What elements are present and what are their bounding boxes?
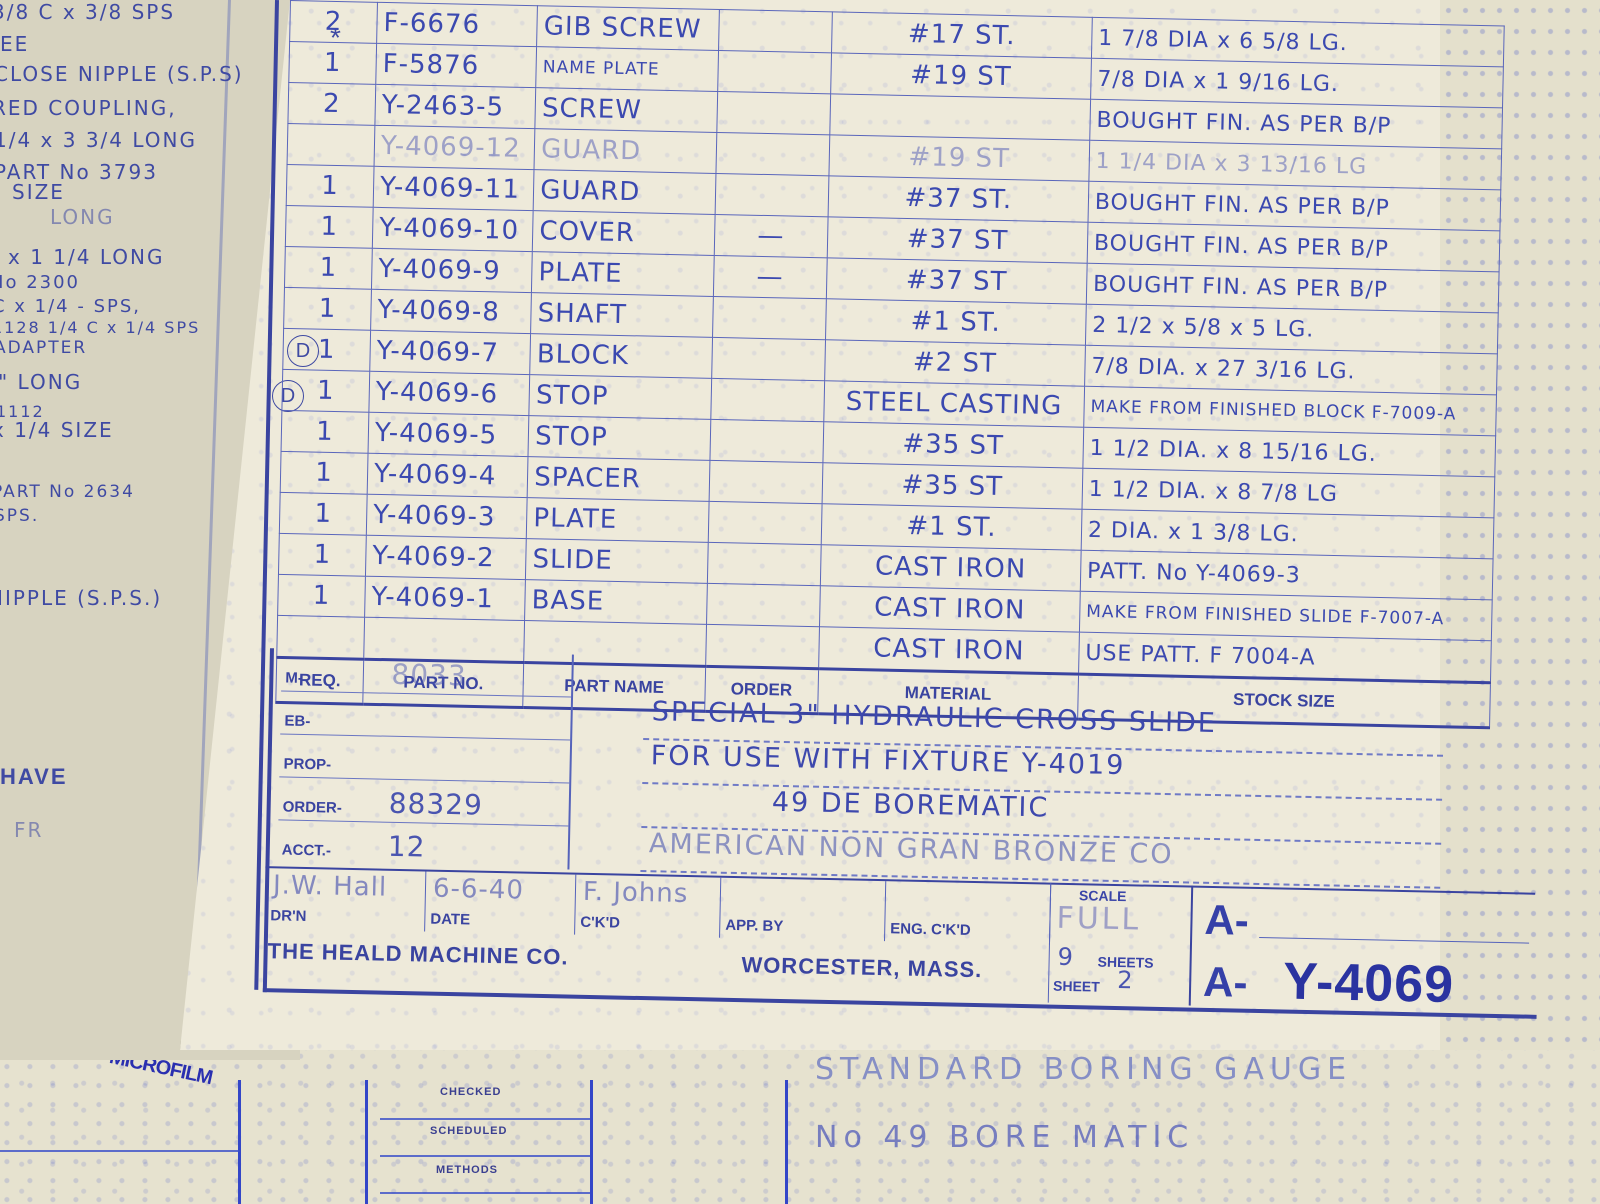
- drawn-by-cell: J.W. HallDR'N: [264, 868, 426, 931]
- grid-line: [380, 1118, 590, 1120]
- left-note: ADAPTER: [0, 338, 87, 358]
- cell-part-no: Y-4069-9: [371, 248, 532, 292]
- cell-material: #1 ST.: [821, 504, 1082, 550]
- cell-part-name: GUARD: [534, 129, 716, 174]
- cell-part-name: SHAFT: [531, 293, 713, 338]
- cell-req: 1: [278, 533, 366, 576]
- title-block: M-8033 EB- PROP- ORDER-88329 ACCT.-12 SP…: [253, 648, 1540, 1020]
- cell-part-name: GUARD: [533, 170, 715, 215]
- checked-cell: F. JohnsC'K'D: [574, 875, 721, 938]
- cell-part-name: PLATE: [532, 252, 714, 297]
- approved-by-cell: APP. BY: [719, 878, 886, 941]
- cell-part-name: STOP: [529, 375, 711, 420]
- cell-part-no: Y-4069-6: [369, 371, 530, 415]
- cell-req: 1: [282, 369, 370, 412]
- cell-req: 1: [284, 246, 372, 289]
- left-note: 1/4 x 3 3/4 LONG: [0, 128, 197, 152]
- cell-part-no: Y-4069-8: [371, 289, 532, 333]
- left-note: SPS.: [0, 506, 39, 526]
- cell-material: CAST IRON: [820, 545, 1081, 591]
- eng-checked-cell: ENG. C'K'D: [884, 881, 1051, 944]
- cell-material: #37 ST.: [828, 176, 1089, 222]
- cell-req: 1: [285, 205, 373, 248]
- methods-label: METHODS: [436, 1164, 498, 1176]
- company-city: WORCESTER, MASS.: [741, 952, 982, 983]
- cell-order: [716, 91, 830, 134]
- left-note: C x 1/4 - SPS,: [0, 296, 141, 317]
- sheet-label: SHEET: [1053, 978, 1100, 995]
- under-sheet-model: No 49 BORE MATIC: [815, 1120, 1194, 1155]
- grid-line: [785, 1080, 788, 1204]
- date-cell: 6-6-40DATE: [424, 872, 576, 935]
- cell-part-name: PLATE: [527, 498, 709, 543]
- cell-req: 1: [283, 328, 371, 371]
- grid-line: [365, 1080, 368, 1204]
- cell-part-name: BASE: [525, 580, 707, 625]
- left-note: 3/8 C x 3/8 SPS: [0, 0, 175, 24]
- cell-order: [712, 296, 826, 339]
- cell-part-name: COVER: [533, 211, 715, 256]
- parts-list-table: 2F-6676GIB SCREW#17 ST.1 7/8 DIA x 6 5/8…: [275, 0, 1504, 729]
- cell-order: —: [713, 255, 827, 298]
- cell-req: 1: [284, 287, 372, 330]
- cell-part-name: SPACER: [527, 457, 709, 502]
- company-name: THE HEALD MACHINE CO.: [267, 938, 568, 970]
- cell-part-no: Y-4069-2: [365, 535, 526, 579]
- cell-order: [709, 460, 823, 503]
- cell-material: #19 ST: [831, 53, 1092, 99]
- left-note: CLOSE NIPPLE (S.P.S): [0, 62, 244, 86]
- cell-req: 1: [278, 574, 366, 617]
- underlying-blueprint-sheet: MICROFILM CHECKED SCHEDULED METHODS: [0, 1040, 1600, 1204]
- grid-line: [380, 1192, 590, 1194]
- cell-order: [715, 173, 829, 216]
- cell-part-no: Y-4069-10: [372, 207, 533, 251]
- cell-req: 1: [289, 42, 377, 85]
- left-note: NIPPLE (S.P.S.): [0, 586, 162, 610]
- cell-part-no: Y-2463-5: [375, 84, 536, 128]
- grid-line: [238, 1080, 241, 1204]
- cell-part-no: Y-4069-5: [368, 412, 529, 456]
- cell-material: #37 ST: [827, 217, 1088, 263]
- left-note: FR: [14, 818, 43, 842]
- cell-part-name: GIB SCREW: [537, 6, 719, 51]
- left-note: LONG: [50, 205, 115, 229]
- field-acct: ACCT.-12: [278, 820, 569, 868]
- cell-material: #19 ST: [829, 135, 1090, 181]
- drawing-prefix: A-: [1204, 896, 1249, 945]
- scale-value: FULL: [1056, 901, 1141, 938]
- left-note: No 2300: [0, 272, 80, 293]
- cell-material: [830, 94, 1091, 140]
- cell-part-no: F-5876: [376, 43, 537, 87]
- cell-part-name: SCREW: [535, 88, 717, 133]
- drawing-prefix: A-: [1203, 958, 1248, 1007]
- cell-order: [708, 501, 822, 544]
- field-order: ORDER-88329: [278, 777, 569, 826]
- cell-req: 1: [279, 492, 367, 535]
- cell-req: 1: [281, 410, 369, 453]
- drawing-number: Y-4069: [1283, 952, 1455, 1016]
- left-note: RED COUPLING,: [0, 96, 177, 120]
- cell-part-name: NAME PLATE: [536, 47, 718, 92]
- cell-material: #35 ST: [823, 422, 1084, 468]
- left-note: 1128 1/4 C x 1/4 SPS: [0, 318, 200, 337]
- cell-material: STEEL CASTING: [824, 381, 1085, 427]
- cell-material: #1 ST.: [825, 299, 1086, 345]
- cell-order: [706, 583, 820, 626]
- drawing-description: SPECIAL 3" HYDRAULIC CROSS SLIDE FOR USE…: [640, 696, 1444, 889]
- cell-req: 1: [286, 164, 374, 207]
- cell-part-name: BLOCK: [530, 334, 712, 379]
- grid-line: [590, 1080, 593, 1204]
- cell-part-no: Y-4069-1: [365, 576, 526, 620]
- left-note: HAVE: [0, 764, 68, 790]
- cell-order: [716, 132, 830, 175]
- checked-label: CHECKED: [440, 1086, 501, 1098]
- cell-part-no: F-6676: [377, 2, 538, 46]
- left-note: PART No 2634: [0, 482, 135, 502]
- cell-req: 2: [290, 1, 378, 44]
- cell-order: [710, 419, 824, 462]
- cell-req: 1: [280, 451, 368, 494]
- grid-line: [0, 1150, 240, 1152]
- cell-part-name: SLIDE: [526, 539, 708, 584]
- scale-sheet-cell: SCALE FULL 9 SHEETS SHEET 2: [1048, 883, 1193, 1006]
- cell-req: 2: [288, 82, 376, 125]
- cell-material: #17 ST.: [831, 12, 1092, 58]
- left-note: SIZE: [12, 180, 65, 204]
- cell-material: #37 ST: [826, 258, 1087, 304]
- cell-material: #35 ST: [822, 463, 1083, 509]
- cell-order: [717, 50, 831, 93]
- cell-part-no: Y-4069-12: [374, 125, 535, 169]
- left-note: " LONG: [0, 370, 82, 394]
- cell-order: —: [714, 214, 828, 257]
- cell-material: #2 ST: [825, 340, 1086, 386]
- field-m: M-8033: [281, 648, 572, 697]
- cell-req: [287, 123, 375, 166]
- scheduled-label: SCHEDULED: [430, 1125, 507, 1137]
- cell-order: [711, 337, 825, 380]
- title-block-fields: M-8033 EB- PROP- ORDER-88329 ACCT.-12: [277, 648, 573, 869]
- left-note: x 1 1/4 LONG: [8, 245, 164, 269]
- cell-order: [710, 378, 824, 421]
- cell-part-no: Y-4069-7: [370, 330, 531, 374]
- cell-order: [707, 542, 821, 585]
- cell-part-name: STOP: [528, 416, 710, 461]
- left-note: EE: [0, 32, 29, 56]
- sheet-number: 2: [1117, 966, 1134, 994]
- cell-part-no: Y-4069-3: [366, 494, 527, 538]
- cell-part-no: Y-4069-4: [367, 453, 528, 497]
- under-sheet-title: STANDARD BORING GAUGE: [815, 1052, 1352, 1087]
- left-note: x 1/4 SIZE: [0, 418, 114, 442]
- grid-line: [380, 1155, 590, 1157]
- cell-material: CAST IRON: [819, 586, 1080, 632]
- sheets-count: 9: [1057, 943, 1074, 971]
- cell-part-no: Y-4069-11: [373, 166, 534, 210]
- cell-order: [718, 9, 832, 52]
- field-eb: EB-: [280, 691, 571, 740]
- field-prop: PROP-: [279, 734, 570, 783]
